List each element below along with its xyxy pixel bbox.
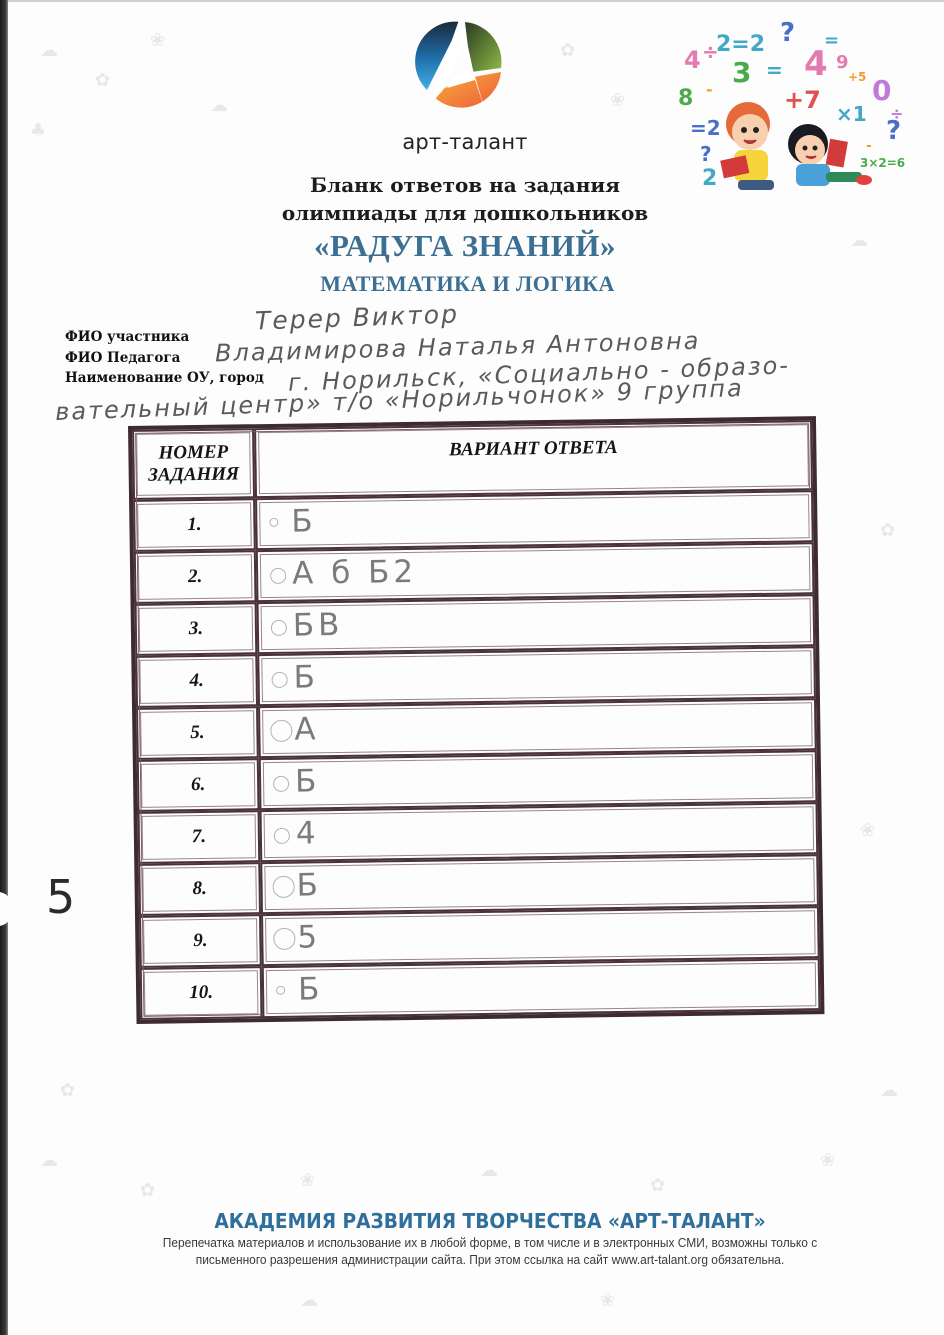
grade-mark: 5 (46, 870, 75, 924)
task-number-cell: 7. (138, 810, 261, 864)
school-label: Наименование ОУ, город (65, 370, 264, 386)
participant-label: ФИО участника (65, 329, 189, 345)
answer-cell[interactable]: 5 (261, 906, 820, 966)
task-number-cell: 8. (138, 862, 261, 916)
pencil-scribble-icon (273, 928, 295, 950)
answer-table: НОМЕР ЗАДАНИЯ ВАРИАНТ ОТВЕТА 1.Б2.А б Б2… (128, 416, 824, 1024)
table-row: 10.Б (140, 958, 821, 1020)
handwritten-answer: БВ (293, 607, 344, 644)
answer-cell[interactable]: 4 (260, 802, 819, 862)
pencil-scribble-icon (273, 776, 289, 792)
handwritten-answer: Б (296, 867, 322, 903)
answer-header: ВАРИАНТ ОТВЕТА (254, 420, 813, 498)
table-header-row: НОМЕР ЗАДАНИЯ ВАРИАНТ ОТВЕТА (132, 420, 813, 500)
task-number-cell: 5. (136, 706, 259, 760)
handwritten-answer: А (294, 711, 320, 747)
handwritten-answer: Б (291, 503, 317, 539)
pencil-scribble-icon (271, 620, 287, 636)
art-talant-logo-icon (413, 10, 509, 114)
teacher-label: ФИО Педагога (65, 350, 180, 366)
form-title-line2: олимпиады для дошкольников (0, 201, 930, 225)
task-number-cell: 1. (133, 498, 256, 552)
footer-academy-title: АКАДЕМИЯ РАЗВИТИЯ ТВОРЧЕСТВА «АРТ-ТАЛАНТ… (34, 1209, 944, 1233)
kids-reading-math-illustration-icon: 4 ÷ 2=2 ? = 3 = 4 9 +5 0 8 - +7 ×1 ÷ =2 … (676, 18, 912, 198)
handwritten-answer: 4 (296, 815, 320, 851)
handwritten-answer: Б (295, 763, 321, 799)
pencil-scribble-icon (274, 828, 290, 844)
handwritten-answer: Б (293, 659, 319, 695)
participant-name-field[interactable]: Терер Виктор (255, 299, 460, 335)
task-number-cell: 3. (135, 602, 258, 656)
task-number-cell: 4. (135, 654, 258, 708)
footer-copyright-line2: письменного разрешения администрации сай… (127, 1252, 854, 1267)
task-number-header: НОМЕР ЗАДАНИЯ (132, 428, 255, 500)
handwritten-answer: Б (298, 971, 324, 1007)
olympiad-name: «РАДУГА ЗНАНИЙ» (0, 228, 930, 264)
answer-cell[interactable]: Б (255, 490, 814, 550)
scan-punch-hole (0, 892, 12, 926)
pencil-scribble-icon (270, 720, 292, 742)
answer-cell[interactable]: Б (260, 854, 819, 914)
answer-cell[interactable]: А б Б2 (256, 542, 815, 602)
pencil-scribble-icon (272, 876, 294, 898)
task-number-cell: 2. (134, 550, 257, 604)
pencil-scribble-icon (270, 568, 286, 584)
task-number-cell: 10. (140, 966, 263, 1020)
handwritten-answer: А б Б2 (292, 554, 418, 592)
answer-cell[interactable]: Б (257, 646, 816, 706)
answer-cell[interactable]: Б (259, 750, 818, 810)
answer-cell[interactable]: БВ (257, 594, 816, 654)
answer-cell[interactable]: А (258, 698, 817, 758)
pencil-scribble-icon (272, 672, 288, 688)
footer-copyright-line1: Перепечатка материалов и использование и… (127, 1235, 854, 1250)
scan-top-edge (0, 0, 944, 2)
pencil-scribble-icon (269, 518, 278, 527)
task-number-cell: 9. (139, 914, 262, 968)
pencil-scribble-icon (276, 986, 285, 995)
answer-cell[interactable]: Б (262, 958, 821, 1018)
handwritten-answer: 5 (297, 919, 321, 955)
form-title-line1: Бланк ответов на задания (0, 173, 930, 197)
task-number-cell: 6. (137, 758, 260, 812)
subject-title: МАТЕМАТИКА И ЛОГИКА (0, 271, 935, 297)
